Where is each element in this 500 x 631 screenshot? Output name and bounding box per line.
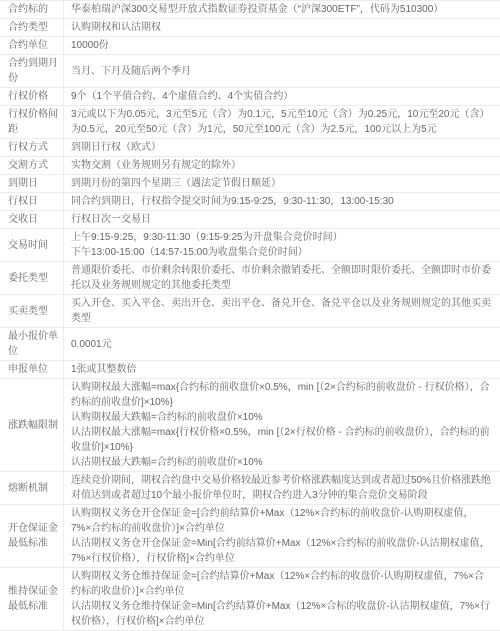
row-tick-size: 最小报价单位 0.0001元 bbox=[0, 328, 500, 361]
row-value-line: 认沽期权义务仓维持保证金=Min[合约结算价+Max（12%×合标的收盘价-认沽… bbox=[71, 599, 492, 629]
row-settlement-method: 交割方式 实物交割（业务规则另有规定的除外） bbox=[0, 157, 500, 175]
row-exercise-date: 行权日 同合约到期日，行权指令提交时间为9:15-9:25，9:30-11:30… bbox=[0, 193, 500, 211]
row-value: 认购期权义务仓开仓保证金=[合约前结算价+Max（12%×合约标的前收盘价-认购… bbox=[64, 505, 500, 567]
row-value-line: 0.0001元 bbox=[71, 337, 492, 352]
row-value: 连续竞价期间，期权合约盘中交易价格较最近参考价格涨跌幅度达到或者超过50%且价格… bbox=[64, 472, 500, 504]
row-value-line: 当月、下月及随后两个季月 bbox=[71, 64, 492, 79]
row-label: 交收日 bbox=[0, 211, 64, 228]
row-order-types: 委托类型 普通限价委托、市价剩余转限价委托、市价剩余撤销委托、全额即时限价委托、… bbox=[0, 262, 500, 295]
row-value: 当月、下月及随后两个季月 bbox=[64, 55, 500, 87]
row-value-line: 实物交割（业务规则另有规定的除外） bbox=[71, 158, 492, 173]
row-label: 合约单位 bbox=[0, 37, 64, 54]
row-value-line: 到期日行权（欧式） bbox=[71, 140, 492, 155]
row-label: 开仓保证金最低标准 bbox=[0, 505, 64, 567]
row-contract-unit: 合约单位 10000份 bbox=[0, 37, 500, 55]
row-settlement-date: 交收日 行权日次一交易日 bbox=[0, 211, 500, 229]
row-strike-prices: 行权价格 9个（1个平值合约、4个虚值合约、4个实值合约） bbox=[0, 88, 500, 106]
row-value: 实物交割（业务规则另有规定的除外） bbox=[64, 157, 500, 174]
row-value-line: 1张或其整数倍 bbox=[71, 362, 492, 377]
row-value: 认购期权义务仓维持保证金=[合约结算价+Max（12%×合约标的收盘价-认购期权… bbox=[64, 568, 500, 630]
row-value: 同合约到期日，行权指令提交时间为9:15-9:25，9:30-11:30，13:… bbox=[64, 193, 500, 210]
row-label: 交割方式 bbox=[0, 157, 64, 174]
row-value-line: 买入开仓、买入平仓、卖出开仓、卖出平仓、备兑开仓、备兑平仓以及业务规则规定的其他… bbox=[71, 296, 492, 326]
row-label: 涨跌幅限制 bbox=[0, 379, 64, 471]
row-label: 合约标的 bbox=[0, 1, 64, 18]
row-trading-hours: 交易时间 上午9:15-9:25，9:30-11:30（9:15-9:25为开盘… bbox=[0, 229, 500, 262]
row-label: 行权价格间距 bbox=[0, 106, 64, 138]
row-price-limit: 涨跌幅限制 认购期权最大涨幅=max{合约标的前收盘价×0.5%，min [（2… bbox=[0, 379, 500, 472]
row-label: 到期日 bbox=[0, 175, 64, 192]
row-value: 买入开仓、买入平仓、卖出开仓、卖出平仓、备兑开仓、备兑平仓以及业务规则规定的其他… bbox=[64, 295, 500, 327]
row-value-line: 行权日次一交易日 bbox=[71, 212, 492, 227]
row-strike-price-interval: 行权价格间距 3元或以下为0.05元，3元至5元（含）为0.1元，5元至10元（… bbox=[0, 106, 500, 139]
row-underlying-asset: 合约标的 华泰柏瑞沪深300交易型开放式指数证券投资基金（“沪深300ETF”，… bbox=[0, 1, 500, 19]
row-exercise-style: 行权方式 到期日行权（欧式） bbox=[0, 139, 500, 157]
row-value-line: 普通限价委托、市价剩余转限价委托、市价剩余撤销委托、全额即时限价委托、全额即时市… bbox=[71, 263, 492, 293]
row-value-line: 10000份 bbox=[71, 38, 492, 53]
row-opening-margin: 开仓保证金最低标准 认购期权义务仓开仓保证金=[合约前结算价+Max（12%×合… bbox=[0, 505, 500, 568]
row-value-line: 认购期权义务仓开仓保证金=[合约前结算价+Max（12%×合约标的前收盘价-认购… bbox=[71, 506, 492, 536]
row-trade-types: 买卖类型 买入开仓、买入平仓、卖出开仓、卖出平仓、备兑开仓、备兑平仓以及业务规则… bbox=[0, 295, 500, 328]
row-value-line: 同合约到期日，行权指令提交时间为9:15-9:25，9:30-11:30，13:… bbox=[71, 194, 492, 209]
row-label: 行权价格 bbox=[0, 88, 64, 105]
row-value: 认购期权和认沽期权 bbox=[64, 19, 500, 36]
row-label: 委托类型 bbox=[0, 262, 64, 294]
row-value: 1张或其整数倍 bbox=[64, 361, 500, 378]
row-value-line: 认购期权义务仓维持保证金=[合约结算价+Max（12%×合约标的收盘价-认购期权… bbox=[71, 569, 492, 599]
row-value: 3元或以下为0.05元，3元至5元（含）为0.1元，5元至10元（含）为0.25… bbox=[64, 106, 500, 138]
row-label: 行权方式 bbox=[0, 139, 64, 156]
row-label: 行权日 bbox=[0, 193, 64, 210]
row-label: 维持保证金最低标准 bbox=[0, 568, 64, 630]
row-label: 买卖类型 bbox=[0, 295, 64, 327]
row-value-line: 下午13:00-15:00（14:57-15:00为收盘集合竞价时间） bbox=[71, 245, 492, 260]
row-label: 交易时间 bbox=[0, 229, 64, 261]
row-value: 上午9:15-9:25，9:30-11:30（9:15-9:25为开盘集合竞价时… bbox=[64, 229, 500, 261]
row-value: 普通限价委托、市价剩余转限价委托、市价剩余撤销委托、全额即时限价委托、全额即时市… bbox=[64, 262, 500, 294]
row-value-line: 认购期权和认沽期权 bbox=[71, 20, 492, 35]
row-value: 0.0001元 bbox=[64, 328, 500, 360]
row-value: 到期日行权（欧式） bbox=[64, 139, 500, 156]
row-expiry-months: 合约到期月份 当月、下月及随后两个季月 bbox=[0, 55, 500, 88]
row-value-line: 3元或以下为0.05元，3元至5元（含）为0.1元，5元至10元（含）为0.25… bbox=[71, 107, 492, 137]
row-expiration-date: 到期日 到期月份的第四个星期三（遇法定节假日顺延） bbox=[0, 175, 500, 193]
row-value-line: 认购期权最大涨幅=max{合约标的前收盘价×0.5%，min [（2×合约标的前… bbox=[71, 380, 492, 410]
row-label: 申报单位 bbox=[0, 361, 64, 378]
row-value-line: 上午9:15-9:25，9:30-11:30（9:15-9:25为开盘集合竞价时… bbox=[71, 230, 492, 245]
row-value: 华泰柏瑞沪深300交易型开放式指数证券投资基金（“沪深300ETF”，代码为51… bbox=[64, 1, 500, 18]
row-value: 认购期权最大涨幅=max{合约标的前收盘价×0.5%，min [（2×合约标的前… bbox=[64, 379, 500, 471]
row-value-line: 9个（1个平值合约、4个虚值合约、4个实值合约） bbox=[71, 89, 492, 104]
row-value-line: 认购期权最大跌幅=合约标的前收盘价×10% bbox=[71, 410, 492, 425]
row-label: 合约到期月份 bbox=[0, 55, 64, 87]
row-order-unit: 申报单位 1张或其整数倍 bbox=[0, 361, 500, 379]
row-value-line: 连续竞价期间，期权合约盘中交易价格较最近参考价格涨跌幅度达到或者超过50%且价格… bbox=[71, 473, 492, 503]
row-value: 到期月份的第四个星期三（遇法定节假日顺延） bbox=[64, 175, 500, 192]
row-label: 最小报价单位 bbox=[0, 328, 64, 360]
row-circuit-breaker: 熔断机制 连续竞价期间，期权合约盘中交易价格较最近参考价格涨跌幅度达到或者超过5… bbox=[0, 472, 500, 505]
contract-spec-table: 合约标的 华泰柏瑞沪深300交易型开放式指数证券投资基金（“沪深300ETF”，… bbox=[0, 0, 500, 631]
row-label: 合约类型 bbox=[0, 19, 64, 36]
row-value-line: 认沽期权最大涨幅=max{行权价格×0.5%，min [（2×行权价格 - 合约… bbox=[71, 425, 492, 455]
row-value: 行权日次一交易日 bbox=[64, 211, 500, 228]
row-value-line: 认沽期权最大跌幅=合约标的前收盘价×10% bbox=[71, 455, 492, 470]
row-contract-type: 合约类型 认购期权和认沽期权 bbox=[0, 19, 500, 37]
row-value-line: 认沽期权义务仓开仓保证金=Min[合约前结算价+Max（12%×合约标的前收盘价… bbox=[71, 536, 492, 566]
row-maintenance-margin: 维持保证金最低标准 认购期权义务仓维持保证金=[合约结算价+Max（12%×合约… bbox=[0, 568, 500, 631]
row-value: 9个（1个平值合约、4个虚值合约、4个实值合约） bbox=[64, 88, 500, 105]
row-value-line: 到期月份的第四个星期三（遇法定节假日顺延） bbox=[71, 176, 492, 191]
row-value: 10000份 bbox=[64, 37, 500, 54]
row-value-line: 华泰柏瑞沪深300交易型开放式指数证券投资基金（“沪深300ETF”，代码为51… bbox=[71, 2, 492, 17]
row-label: 熔断机制 bbox=[0, 472, 64, 504]
